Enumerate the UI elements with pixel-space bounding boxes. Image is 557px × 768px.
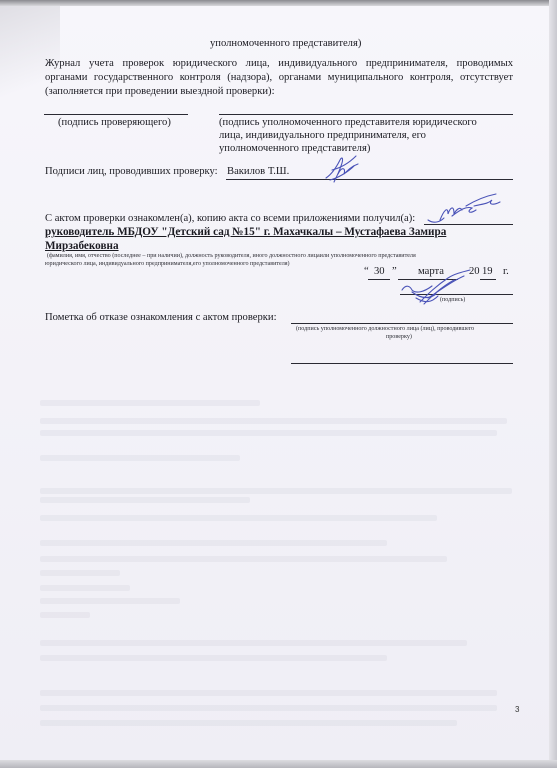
bleed-through bbox=[40, 612, 90, 618]
refusal-caption: (подпись уполномоченного должностного ли… bbox=[296, 326, 474, 332]
date-close-quote: ” bbox=[392, 266, 397, 277]
bleed-through bbox=[40, 598, 180, 604]
bleed-through bbox=[40, 497, 250, 503]
date-year-unit: г. bbox=[503, 266, 509, 277]
acknowledgement-label: С актом проверки ознакомлен(а), копию ак… bbox=[45, 213, 415, 224]
refusal-signature-line bbox=[291, 323, 513, 324]
bleed-through bbox=[40, 655, 387, 661]
scan-edge bbox=[549, 0, 557, 768]
continuation-text: уполномоченного представителя) bbox=[210, 38, 361, 49]
recipient-date-signature bbox=[398, 268, 478, 308]
recipient-caption: (фамилия, имя, отчество (последнее – при… bbox=[47, 253, 416, 259]
representative-signature-caption: (подпись уполномоченного представителя ю… bbox=[219, 117, 477, 128]
date-open-quote: “ bbox=[364, 266, 369, 277]
recipient-position-name: Мирзабековна bbox=[45, 240, 119, 252]
date-day-line bbox=[368, 279, 390, 280]
bleed-through bbox=[40, 418, 507, 424]
page-number: 3 bbox=[515, 705, 519, 714]
bleed-through bbox=[40, 690, 497, 696]
bleed-through bbox=[40, 720, 457, 726]
journal-text-line: Журнал учета проверок юридического лица,… bbox=[45, 58, 513, 69]
inspectors-signature-line bbox=[226, 179, 513, 180]
inspector-name: Вакилов Т.Ш. bbox=[227, 166, 289, 177]
bleed-through bbox=[40, 515, 437, 521]
inspector-signature bbox=[322, 152, 362, 186]
representative-signature-caption: лица, индивидуального предпринимателя, е… bbox=[219, 130, 426, 141]
journal-text-line: органами государственного контроля (надз… bbox=[45, 72, 513, 83]
date-year-suffix: 19 bbox=[482, 266, 493, 277]
inspector-signature-line bbox=[44, 114, 188, 115]
representative-signature-line bbox=[219, 114, 513, 115]
scan-edge bbox=[0, 760, 557, 768]
refusal-second-line bbox=[291, 363, 513, 364]
bleed-through bbox=[40, 705, 497, 711]
journal-text-line: (заполняется при проведении выездной про… bbox=[45, 86, 275, 97]
bleed-through bbox=[40, 488, 512, 494]
recipient-position-name: руководитель МБДОУ "Детский сад №15" г. … bbox=[45, 226, 446, 238]
bleed-through bbox=[40, 556, 447, 562]
bleed-through bbox=[40, 570, 120, 576]
bleed-through bbox=[40, 640, 467, 646]
recipient-signature bbox=[426, 192, 504, 228]
document-page: уполномоченного представителя) Журнал уч… bbox=[0, 0, 557, 768]
bleed-through bbox=[40, 585, 130, 591]
scan-edge bbox=[0, 0, 557, 6]
recipient-caption: юридического лица, индивидуального предп… bbox=[45, 261, 290, 267]
bleed-through bbox=[40, 430, 497, 436]
refusal-label: Пометка об отказе ознакомления с актом п… bbox=[45, 312, 277, 323]
bleed-through bbox=[40, 455, 240, 461]
bleed-through bbox=[40, 400, 260, 406]
date-year-line bbox=[480, 279, 496, 280]
inspectors-label: Подписи лиц, проводивших проверку: bbox=[45, 166, 218, 177]
bleed-through bbox=[40, 540, 387, 546]
refusal-caption: проверку) bbox=[386, 334, 412, 340]
inspector-signature-caption: (подпись проверяющего) bbox=[58, 117, 171, 128]
date-day: 30 bbox=[374, 266, 385, 277]
